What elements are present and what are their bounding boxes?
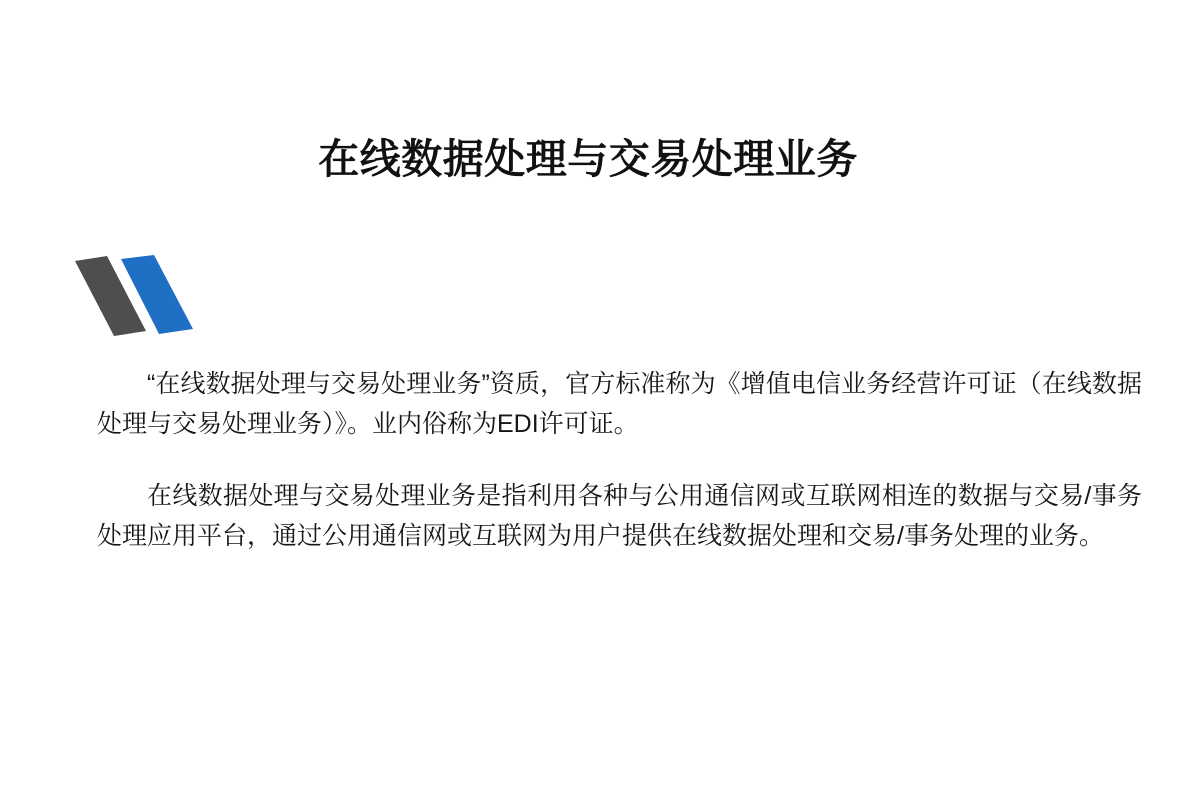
slide-title: 在线数据处理与交易处理业务 <box>0 133 1176 185</box>
body-text-block: “在线数据处理与交易处理业务”资质，官方标准称为《增值电信业务经营许可证（在线数… <box>97 364 1142 588</box>
paragraph-business-description: 在线数据处理与交易处理业务是指利用各种与公用通信网或互联网相连的数据与交易/事务… <box>97 476 1142 556</box>
paragraph-definition-license: “在线数据处理与交易处理业务”资质，官方标准称为《增值电信业务经营许可证（在线数… <box>97 364 1142 444</box>
decorative-parallelograms <box>72 250 202 342</box>
slide: 在线数据处理与交易处理业务 “在线数据处理与交易处理业务”资质，官方标准称为《增… <box>0 0 1200 800</box>
parallelograms-graphic <box>72 250 202 342</box>
